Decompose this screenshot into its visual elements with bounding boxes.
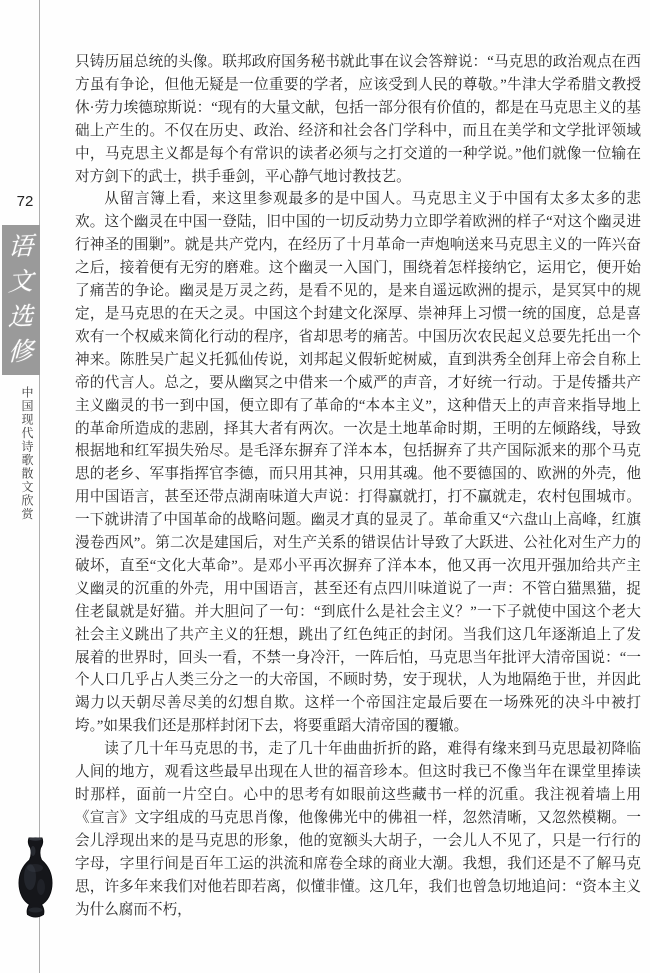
page-number: 72 [12,193,38,210]
paragraph: 读了几十年马克思的书，走了几十年曲曲折折的路，难得有缘来到马克思最初降临人间的地… [75,738,641,921]
paragraph: 从留言簿上看，来这里参观最多的是中国人。马克思主义于中国有太多太多的悲欢。这个幽… [75,188,641,738]
series-logo-block: 语 文 选 修 [2,225,40,375]
essay-text: 只铸历届总统的头像。联邦政府国务秘书就此事在议会答辩说：“马克思的政治观点在西方… [75,51,641,921]
series-calligraphy-char: 语 [8,234,34,260]
book-page: 72 语 文 选 修 中国现代诗歌散文欣赏 只铸历届总统的头像。联邦政府国务秘书… [0,0,650,973]
book-title-vertical: 中国现代诗歌散文欣赏 [19,386,36,526]
series-calligraphy-char: 选 [8,304,34,330]
vase-icon [16,835,55,921]
series-calligraphy-char: 文 [8,269,34,295]
series-calligraphy-char: 修 [8,339,34,365]
sidebar-divider-line [39,0,40,973]
paragraph-continuation: 只铸历届总统的头像。联邦政府国务秘书就此事在议会答辩说：“马克思的政治观点在西方… [75,51,641,188]
